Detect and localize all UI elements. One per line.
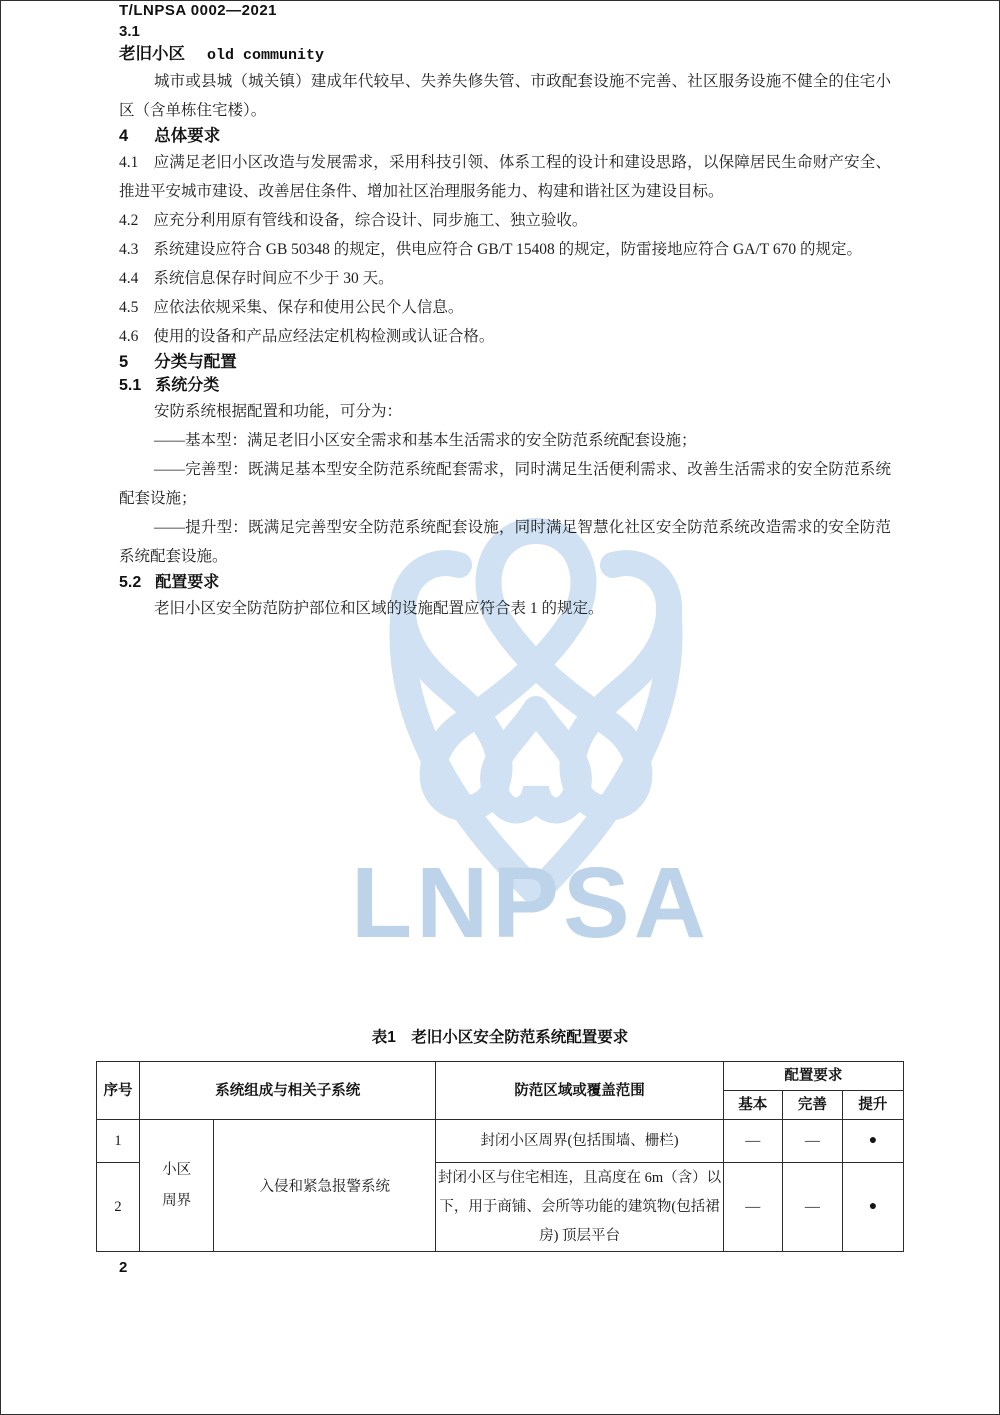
row-2-improved: — — [782, 1163, 842, 1252]
table-row: 1 小区周界 入侵和紧急报警系统 封闭小区周界(包括围墙、栅栏) — — ● — [97, 1120, 904, 1163]
clause-4-4: 4.4系统信息保存时间应不少于 30 天。 — [119, 264, 891, 293]
clause-4-5-text: 应依法依规采集、保存和使用公民个人信息。 — [153, 299, 463, 316]
section-5-1-title: 系统分类 — [155, 377, 219, 394]
term-entry: 老旧小区old community — [119, 43, 891, 67]
section-4-heading: 4总体要求 — [119, 125, 891, 148]
clause-4-6-text: 使用的设备和产品应经法定机构检测或认证合格。 — [153, 328, 494, 345]
group-label: 小区周界 — [160, 1155, 194, 1217]
row-2-basic: — — [723, 1163, 782, 1252]
type-item-improved: ——完善型：既满足基本型安全防范系统配套需求，同时满足生活便利需求、改善生活需求… — [119, 455, 891, 513]
standard-code: T/LNPSA 0002—2021 — [119, 1, 891, 21]
section-5-heading: 5分类与配置 — [119, 351, 891, 374]
page-number: 2 — [119, 1259, 127, 1276]
row-1-basic: — — [723, 1120, 782, 1163]
header-config: 配置要求 — [723, 1062, 903, 1091]
section-5-1-number: 5.1 — [119, 377, 141, 394]
clause-4-1-number: 4.1 — [119, 154, 138, 171]
clause-4-2-text: 应充分利用原有管线和设备，综合设计、同步施工、独立验收。 — [153, 212, 587, 229]
clause-4-5-number: 4.5 — [119, 299, 138, 316]
term-english: old community — [207, 47, 324, 64]
watermark-text: LNPSA — [351, 847, 710, 949]
clause-4-4-text: 系统信息保存时间应不少于 30 天。 — [153, 270, 393, 287]
section-5-1-heading: 5.1系统分类 — [119, 374, 891, 397]
clause-4-3: 4.3系统建设应符合 GB 50348 的规定，供电应符合 GB/T 15408… — [119, 235, 891, 264]
section-5-2-number: 5.2 — [119, 574, 141, 591]
header-system: 系统组成与相关子系统 — [140, 1062, 436, 1120]
clause-4-3-text: 系统建设应符合 GB 50348 的规定，供电应符合 GB/T 15408 的规… — [153, 241, 862, 258]
section-5-title: 分类与配置 — [154, 353, 237, 371]
header-area: 防范区域或覆盖范围 — [436, 1062, 723, 1120]
config-intro: 老旧小区安全防范防护部位和区域的设施配置应符合表 1 的规定。 — [119, 594, 891, 623]
clause-4-2-number: 4.2 — [119, 212, 138, 229]
clause-4-2: 4.2应充分利用原有管线和设备，综合设计、同步施工、独立验收。 — [119, 206, 891, 235]
term-number: 3.1 — [119, 21, 891, 43]
header-enhanced: 提升 — [842, 1091, 903, 1120]
clause-4-3-number: 4.3 — [119, 241, 138, 258]
header-improved: 完善 — [782, 1091, 842, 1120]
row-1-enhanced: ● — [842, 1120, 903, 1163]
clause-4-5: 4.5应依法依规采集、保存和使用公民个人信息。 — [119, 293, 891, 322]
table-1-block: 表1 老旧小区安全防范系统配置要求 序号 系统组成与相关子系统 防范区域或覆盖范… — [96, 1027, 904, 1252]
row-1-improved: — — [782, 1120, 842, 1163]
clause-4-6: 4.6使用的设备和产品应经法定机构检测或认证合格。 — [119, 322, 891, 351]
subsystem-label-cell: 入侵和紧急报警系统 — [214, 1120, 436, 1252]
table-1-title: 表1 老旧小区安全防范系统配置要求 — [96, 1027, 904, 1049]
row-2-seq: 2 — [97, 1163, 140, 1252]
section-5-2-title: 配置要求 — [155, 574, 219, 591]
section-4-title: 总体要求 — [154, 127, 220, 145]
header-basic: 基本 — [723, 1091, 782, 1120]
group-label-cell: 小区周界 — [140, 1120, 214, 1252]
config-requirements-table: 序号 系统组成与相关子系统 防范区域或覆盖范围 配置要求 基本 完善 提升 1 … — [96, 1061, 904, 1252]
clause-4-1-text: 应满足老旧小区改造与发展需求，采用科技引领、体系工程的设计和建设思路，以保障居民… — [119, 154, 891, 200]
header-seq: 序号 — [97, 1062, 140, 1120]
row-1-area: 封闭小区周界(包括围墙、栅栏) — [436, 1120, 723, 1163]
clause-4-1: 4.1应满足老旧小区改造与发展需求，采用科技引领、体系工程的设计和建设思路，以保… — [119, 148, 891, 206]
clause-4-4-number: 4.4 — [119, 270, 138, 287]
page-content: T/LNPSA 0002—2021 3.1 老旧小区old community … — [119, 1, 891, 623]
term-definition: 城市或县城（城关镇）建成年代较早、失养失修失管、市政配套设施不完善、社区服务设施… — [119, 67, 891, 125]
row-2-enhanced: ● — [842, 1163, 903, 1252]
classification-intro: 安防系统根据配置和功能，可分为： — [119, 397, 891, 426]
section-5-number: 5 — [119, 353, 128, 371]
section-5-2-heading: 5.2配置要求 — [119, 571, 891, 594]
type-item-basic: ——基本型：满足老旧小区安全需求和基本生活需求的安全防范系统配套设施； — [119, 426, 891, 455]
row-1-seq: 1 — [97, 1120, 140, 1163]
document-page: LNPSA T/LNPSA 0002—2021 3.1 老旧小区old comm… — [0, 0, 1000, 1415]
clause-4-6-number: 4.6 — [119, 328, 138, 345]
section-4-number: 4 — [119, 127, 128, 145]
term-chinese: 老旧小区 — [119, 45, 185, 63]
type-item-enhanced: ——提升型：既满足完善型安全防范系统配套设施，同时满足智慧化社区安全防范系统改造… — [119, 513, 891, 571]
row-2-area: 封闭小区与住宅相连，且高度在 6m（含）以下，用于商铺、会所等功能的建筑物(包括… — [436, 1163, 723, 1252]
